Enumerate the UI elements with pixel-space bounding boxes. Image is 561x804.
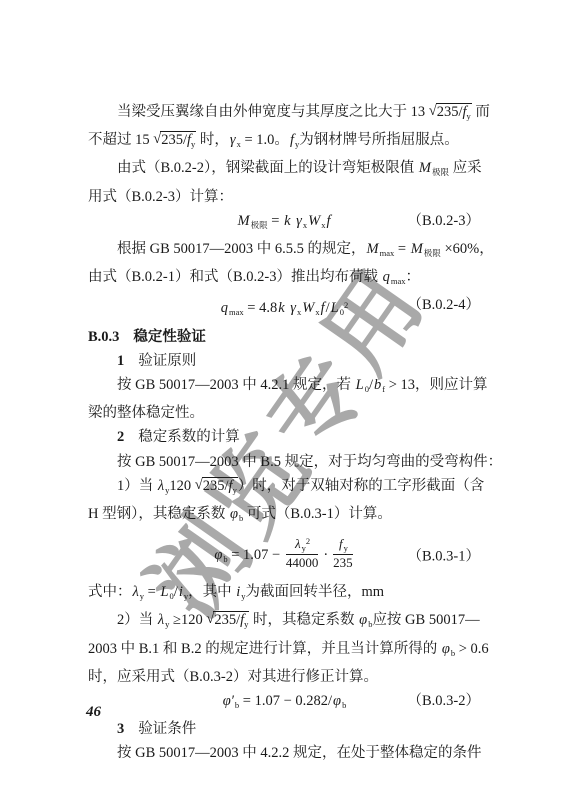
math-var: M [237,213,251,229]
equation-b-0-3-1: φb = 1.07 − λy244000·fy235（B.0.3-1） [88,530,480,580]
text-run: 应采 [449,160,482,176]
subsection-heading-3: 3验证条件 [88,717,480,741]
section-heading-b-0-3: B.0.3稳定性验证 [88,325,480,349]
text-run: 按 GB 50017—2003 中 4.2.1 规定，若 [117,377,355,393]
text-run: 按 GB 50017—2003 中 4.2.2 规定，在处于整体稳定的条件 [117,745,482,761]
text-run: 梁的整体稳定性。 [88,405,204,421]
math-var: λ [132,584,140,600]
math-var: φ [358,612,368,628]
subsection-title: 验证条件 [138,721,196,737]
text-run: 用式（B.0.2-3）计算： [88,189,233,205]
math-var: q [220,300,229,316]
radical-expression: √235/fy [153,132,196,148]
math-var: γ [295,213,303,229]
fraction-denominator: 44000 [286,555,319,571]
text-run: > 0.6 [455,641,489,657]
section-number: B.0.3 [88,329,119,345]
math-var: W [307,213,321,229]
subscript: x [315,307,319,317]
math-var: k [283,213,291,229]
para-line-15: 时，应采用式（B.0.3-2）对其进行修正计算。 [88,665,480,689]
subscript: 极限 [251,220,268,230]
math-var: k [277,300,285,316]
sqrt-icon: √ [195,477,203,493]
math-var: λ [157,612,165,628]
superscript: 2 [306,536,310,546]
text-run: = 4.8 [244,300,278,316]
subscript: y [344,543,348,553]
equation-number: （B.0.2-4） [408,293,481,317]
text-run: > 13，则应计算 [385,377,487,393]
subscript: max [391,276,406,286]
para-line-8: 梁的整体稳定性。 [88,401,480,425]
equation-b-0-2-4: qmax = 4.8k γxWxf/L02（B.0.2-4） [88,293,480,324]
math-var: λ [294,536,302,551]
para-line-7: 按 GB 50017—2003 中 4.2.1 规定，若 L0/bf > 13，… [88,373,480,401]
math-var: M [410,241,424,257]
para-line-10: 1）当 λy120 √235/fy）时，对于双轴对称的工字形截面（含 [88,474,480,502]
para-line-12: 式中：λy = L0/iy，其中 iy为截面回转半径，mm [88,580,480,608]
equation-number: （B.0.3-2） [408,689,481,713]
text-run: = [144,584,159,600]
math-var: φ [229,506,239,522]
text-run: 2003 中 B.1 和 B.2 的规定进行计算，并且当计算所得的 [88,641,441,657]
text-run: 由式（B.0.2-2），钢梁截面上的设计弯矩极限值 [117,160,418,176]
radical-expression: √235/fy [206,612,249,628]
radical-expression: √235/fy [429,104,472,120]
math-var: φ [332,693,342,709]
para-line-9: 按 GB 50017—2003 中 B.5 规定，对于均匀弯曲的受弯构件： [88,450,480,474]
text-run: = [394,241,409,257]
subscript: 极限 [424,248,441,258]
radical-expression: √235/fy [195,478,238,494]
section-title: 稳定性验证 [133,329,206,345]
subsection-heading-1: 1验证原则 [88,349,480,373]
math-var: φ [441,641,451,657]
text-run: 235/ [203,478,229,494]
text-run: = 1.07 − 0.282/ [239,693,332,709]
para-line-1: 当梁受压翼缘自由外伸宽度与其厚度之比大于 13 √235/fy 而 [88,100,480,128]
para-line-14: 2003 中 B.1 和 B.2 的规定进行计算，并且当计算所得的 φb > 0… [88,637,480,665]
text-run: 235/ [214,612,240,628]
math-var: γ [229,132,237,148]
para-line-11: H 型钢），其稳定系数 φb 可式（B.0.3-1）计算。 [88,502,480,530]
text-run: ，其中 [188,584,235,600]
para-line-16: 按 GB 50017—2003 中 4.2.2 规定，在处于整体稳定的条件 [88,741,480,765]
subscript: b [342,700,346,710]
para-line-2: 不超过 15 √235/fy 时，γx = 1.0。fy为钢材牌号所指屈服点。 [88,128,480,156]
text-run: 根据 GB 50017—2003 中 6.5.5 的规定， [117,241,366,257]
subsection-number: 3 [117,721,124,737]
text-run: 当梁受压翼缘自由外伸宽度与其厚度之比大于 13 [117,104,429,120]
page-number: 46 [86,704,101,721]
text-run: 应按 GB 50017— [372,612,479,628]
math-var: b [373,377,382,393]
radicand: 235/fy [213,611,249,628]
math-var: q [382,269,391,285]
text-run: 按 GB 50017—2003 中 B.5 规定，对于均匀弯曲的受弯构件： [117,454,502,470]
text-run: = [268,213,283,229]
equation-b-0-3-2: φ′b = 1.07 − 0.282/φb（B.0.3-2） [88,689,480,717]
text-run: 时，其稳定系数 [249,612,358,628]
sqrt-icon: √ [429,103,437,119]
radicand: 235/fy [160,131,196,148]
text-run: 235/ [437,104,463,120]
subsection-number: 1 [117,353,124,369]
text-run: ： [406,269,421,285]
subscript: 极限 [432,167,449,177]
multiplication-dot: · [320,547,331,563]
text-run: = 1.0。 [241,132,289,148]
text-run: 为钢材牌号所指屈服点。 [299,132,459,148]
fraction-denominator: 235 [333,555,353,571]
text-run: ×60%， [441,241,494,257]
para-line-6: 由式（B.0.2-1）和式（B.0.2-3）推出均布荷载 qmax： [88,265,480,293]
fraction: λy244000 [284,537,321,572]
sqrt-icon: √ [206,611,214,627]
math-var: f [325,213,331,229]
radicand: 235/fy [202,477,238,494]
math-var: φ′ [222,693,235,709]
subscript: y [191,139,195,149]
text-run: = 1.07 − [228,547,284,563]
subscript: y [233,485,237,495]
math-var: L [355,377,365,393]
math-var: φ [213,547,223,563]
text-run: 不超过 15 [88,132,153,148]
para-line-3: 由式（B.0.2-2），钢梁截面上的设计弯矩极限值 M极限 应采 [88,156,480,184]
text-run: 由式（B.0.2-1）和式（B.0.2-3）推出均布荷载 [88,269,382,285]
math-var: M [418,160,432,176]
document-page: 浏览专用 当梁受压翼缘自由外伸宽度与其厚度之比大于 13 √235/fy 而 不… [0,0,561,804]
radicand: 235/fy [436,103,472,120]
text-run: 时， [196,132,229,148]
math-var: M [366,241,380,257]
equation-number: （B.0.2-3） [408,209,481,233]
text-run: 120 [169,478,194,494]
math-var: λ [157,478,165,494]
para-line-5: 根据 GB 50017—2003 中 6.5.5 的规定，Mmax = M极限 … [88,237,480,265]
text-run: 而 [472,104,490,120]
text-run: H 型钢），其稳定系数 [88,506,229,522]
fraction-numerator: λy2 [286,537,319,556]
text-run: 235/ [161,132,187,148]
text-run: 式中： [88,584,132,600]
subscript: max [380,248,395,258]
text-run: 可式（B.0.3-1）计算。 [243,506,392,522]
subsection-title: 验证原则 [138,353,196,369]
equation-b-0-2-3: M极限 = k γxWxf（B.0.2-3） [88,209,480,237]
subsection-number: 2 [117,429,124,445]
math-var: L [159,584,169,600]
math-var: W [301,300,315,316]
subscript: max [229,307,244,317]
fraction-numerator: fy [333,537,353,556]
subscript: y [244,619,248,629]
text-run: ≥120 [169,612,206,628]
fraction: fy235 [331,537,355,572]
math-var: γ [289,300,297,316]
subsection-title: 稳定系数的计算 [138,429,240,445]
para-line-13: 2）当 λy ≥120 √235/fy 时，其稳定系数 φb应按 GB 5001… [88,608,480,636]
text-run: 为截面回转半径，mm [246,584,385,600]
text-run: 时，应采用式（B.0.3-2）对其进行修正计算。 [88,669,378,685]
superscript: 2 [344,300,348,310]
text-run: ）时，对于双轴对称的工字形截面（含 [238,478,485,494]
math-var: L [330,300,340,316]
para-line-4: 用式（B.0.2-3）计算： [88,185,480,209]
subsection-heading-2: 2稳定系数的计算 [88,425,480,449]
equation-number: （B.0.3-1） [408,545,481,566]
document-body: 当梁受压翼缘自由外伸宽度与其厚度之比大于 13 √235/fy 而 不超过 15… [88,100,480,766]
text-run: 1）当 [117,478,157,494]
sqrt-icon: √ [153,131,161,147]
text-run: 2）当 [117,612,157,628]
subscript: y [467,111,471,121]
